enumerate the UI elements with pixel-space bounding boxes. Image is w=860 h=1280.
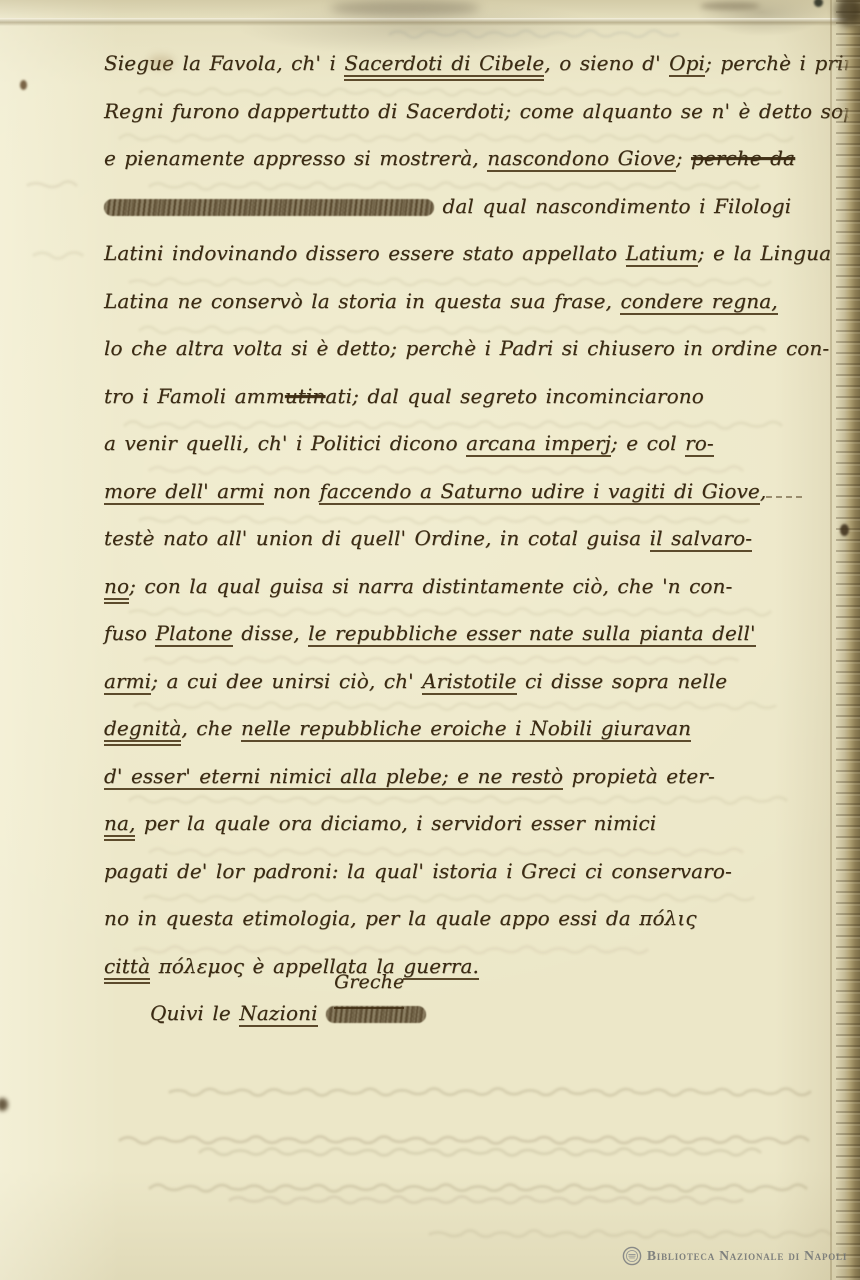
manuscript-segment: armi [104,669,151,695]
manuscript-line: testè nato all' union di quell' Ordine, … [104,515,840,563]
manuscript-line: a venir quelli, ch' i Politici dicono ar… [104,420,840,468]
book-fore-edge [836,0,860,1280]
manuscript-segment: nascondono Giove [487,146,675,172]
manuscript-segment [766,482,802,498]
manuscript-segment: Latium [626,241,698,267]
manuscript-segment: degnità [104,716,181,746]
bleedthrough-line [430,1231,830,1238]
manuscript-segment: per la quale ora diciamo, i servidori es… [135,811,656,835]
manuscript-segment: testè nato all' union di quell' Ordine, … [104,526,650,550]
manuscript-segment: città [104,954,150,984]
manuscript-segment: non [264,479,319,503]
inserted-word-above: Greche [334,959,404,1009]
scribbled-out-text [326,1006,426,1023]
manuscript-segment: Latina ne conservò la storia in questa s… [104,289,620,313]
manuscript-segment: na, [104,811,135,841]
manuscript-segment: more dell' armi [104,479,264,505]
manuscript-segment: , o sieno d' [544,51,669,75]
ink-stain [20,80,27,90]
manuscript-segment: ro- [685,431,714,457]
bleedthrough-line [150,1185,806,1192]
bleedthrough-line [390,31,678,38]
manuscript-segment: , che [181,716,241,740]
manuscript-segment: condere regna, [620,289,777,315]
manuscript-segment: Siegue la Favola, ch' i [104,51,344,75]
manuscript-segment: propietà eter- [563,764,715,788]
manuscript-segment: ; con la qual guisa si narra distintamen… [129,574,732,598]
library-seal-icon [622,1246,642,1266]
manuscript-segment: Regni furono dappertutto di Sacerdoti; c… [104,99,860,123]
ink-stain [0,1098,8,1111]
manuscript-line: armi; a cui dee unirsi ciò, ch' Aristoti… [104,658,840,706]
manuscript-segment: no in questa etimologia, per la quale ap… [104,906,697,930]
manuscript-line: Latini indovinando dissero essere stato … [104,230,840,278]
library-stamp-text: Biblioteca Nazionale di Napoli [647,1248,847,1264]
manuscript-segment: il salvaro- [650,526,752,552]
manuscript-line: tro i Famoli ammutinati; dal qual segret… [104,373,840,421]
manuscript-line: e pienamente appresso si mostrerà, nasco… [104,135,840,183]
scribbled-out-text [104,199,434,216]
manuscript-line: more dell' armi non faccendo a Saturno u… [104,468,840,516]
manuscript-segment: ; e col [611,431,685,455]
manuscript-segment: disse, [233,621,308,645]
manuscript-line: Latina ne conservò la storia in questa s… [104,278,840,326]
manuscript-segment: Sacerdoti di Cibele [344,51,544,81]
manuscript-segment: e pienamente appresso si mostrerà, [104,146,487,170]
manuscript-line: degnità, che nelle repubbliche eroiche i… [104,705,840,753]
manuscript-segment: Latini indovinando dissero essere stato … [104,241,626,265]
manuscript-segment: ; a cui dee unirsi ciò, ch' [151,669,422,693]
manuscript-segment: Platone [155,621,232,647]
struck-text: perche da [691,146,795,170]
manuscript-segment [318,1001,326,1025]
manuscript-segment: no [104,574,129,604]
manuscript-segment: le repubbliche esser nate sulla pianta d… [308,621,755,647]
manuscript-segment: ati; dal qual segreto incominciarono [325,384,703,408]
manuscript-segment: dal qual nascondimento i Filologi [434,194,791,218]
manuscript-line: na, per la quale ora diciamo, i servidor… [104,800,840,848]
manuscript-line: dal qual nascondimento i Filologi [104,183,840,231]
fold-crease [0,18,860,26]
handwritten-text-block: Siegue la Favola, ch' i Sacerdoti di Cib… [104,40,840,1038]
page-top-edge [0,0,860,19]
manuscript-segment: tro i Famoli amm [104,384,285,408]
bleedthrough-line [34,253,82,259]
library-stamp: Biblioteca Nazionale di Napoli [622,1246,847,1266]
manuscript-segment: nelle repubbliche eroiche i Nobili giura… [241,716,691,742]
manuscript-line: no; con la qual guisa si narra distintam… [104,563,840,611]
manuscript-segment: a venir quelli, ch' i Politici dicono [104,431,466,455]
manuscript-line: Quivi le Nazioni Greche [104,990,840,1038]
manuscript-segment: Aristotile [422,669,516,695]
bleedthrough-line [170,1089,810,1096]
bleedthrough-line [120,1137,808,1144]
manuscript-segment: ci disse sopra nelle [517,669,728,693]
manuscript-segment: pagati de' lor padroni: la qual' istoria… [104,859,732,883]
manuscript-page: Siegue la Favola, ch' i Sacerdoti di Cib… [0,0,860,1280]
manuscript-segment: d' esser' eterni nimici alla plebe; e ne… [104,764,563,790]
manuscript-segment: fuso [104,621,155,645]
manuscript-line: lo che altra volta si è detto; perchè i … [104,325,840,373]
bleedthrough-line [200,1149,760,1156]
manuscript-segment: lo che altra volta si è detto; perchè i … [104,336,829,360]
manuscript-segment: Opi [669,51,705,77]
manuscript-line: fuso Platone disse, le repubbliche esser… [104,610,840,658]
bleedthrough-line [230,1197,742,1204]
manuscript-segment: ; e la Lingua [698,241,831,265]
manuscript-line: d' esser' eterni nimici alla plebe; e ne… [104,753,840,801]
manuscript-segment: arcana imperj [466,431,611,457]
manuscript-segment: faccendo a Saturno udire i vagiti di Gio… [319,479,759,505]
manuscript-segment: Quivi le [150,1001,239,1025]
bleedthrough-line [28,182,76,187]
manuscript-segment: Nazioni [239,1001,317,1027]
manuscript-line: no in questa etimologia, per la quale ap… [104,895,840,943]
manuscript-line: città πόλεμος è appellata la guerra. [104,943,840,991]
manuscript-segment: ; [676,146,691,170]
manuscript-line: Siegue la Favola, ch' i Sacerdoti di Cib… [104,40,840,88]
manuscript-segment: guerra. [403,954,479,980]
struck-text: utin [285,384,326,408]
manuscript-line: pagati de' lor padroni: la qual' istoria… [104,848,840,896]
manuscript-line: Regni furono dappertutto di Sacerdoti; c… [104,88,840,136]
